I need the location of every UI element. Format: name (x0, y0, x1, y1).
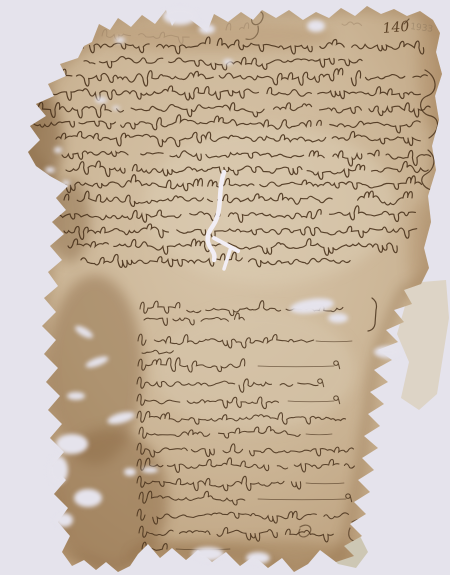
manuscript-image: 140 1933 (0, 0, 450, 575)
folio-number: 140 (382, 19, 410, 37)
manuscript-scan: 140 1933 (0, 0, 450, 575)
